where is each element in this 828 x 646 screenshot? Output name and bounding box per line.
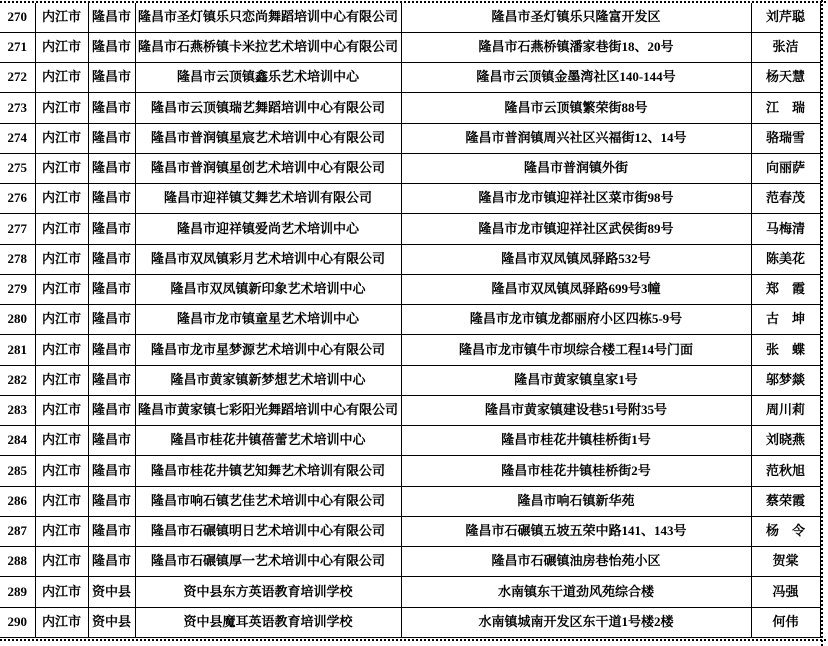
address-cell: 隆昌市石燕桥镇潘家巷街18、20号 — [401, 32, 751, 62]
contact-name-cell: 范春茂 — [751, 184, 820, 214]
contact-name-cell: 杨 令 — [751, 516, 820, 546]
institution-name-cell: 隆昌市双凤镇彩月艺术培训中心有限公司 — [135, 244, 401, 274]
row-number-cell: 272 — [0, 63, 35, 93]
county-cell: 资中县 — [88, 577, 135, 607]
county-cell: 隆昌市 — [88, 335, 135, 365]
contact-name-cell: 邬梦燚 — [751, 365, 820, 395]
institution-name-cell: 隆昌市桂花井镇蓓蕾艺术培训中心 — [135, 426, 401, 456]
contact-name-cell: 刘晓燕 — [751, 426, 820, 456]
row-number-cell: 273 — [0, 93, 35, 123]
row-number-cell: 285 — [0, 456, 35, 486]
row-number-cell: 286 — [0, 486, 35, 516]
city-cell: 内江市 — [35, 516, 88, 546]
city-cell: 内江市 — [35, 335, 88, 365]
contact-name-cell: 张洁 — [751, 32, 820, 62]
county-cell: 隆昌市 — [88, 123, 135, 153]
city-cell: 内江市 — [35, 486, 88, 516]
city-cell: 内江市 — [35, 577, 88, 607]
county-cell: 隆昌市 — [88, 426, 135, 456]
county-cell: 隆昌市 — [88, 214, 135, 244]
row-number-cell: 284 — [0, 426, 35, 456]
city-cell: 内江市 — [35, 184, 88, 214]
county-cell: 隆昌市 — [88, 547, 135, 577]
table-row: 285内江市隆昌市隆昌市桂花井镇艺知舞艺术培训有限公司隆昌市桂花井镇桂桥街2号范… — [0, 456, 820, 486]
county-cell: 隆昌市 — [88, 365, 135, 395]
table-body: 270内江市隆昌市隆昌市圣灯镇乐只恋尚舞蹈培训中心有限公司隆昌市圣灯镇乐只隆富开… — [0, 3, 820, 638]
contact-name-cell: 周川莉 — [751, 395, 820, 425]
institution-name-cell: 隆昌市响石镇艺佳艺术培训中心有限公司 — [135, 486, 401, 516]
row-number-cell: 280 — [0, 305, 35, 335]
institution-name-cell: 隆昌市黄家镇七彩阳光舞蹈培训中心有限公司 — [135, 395, 401, 425]
table-row: 270内江市隆昌市隆昌市圣灯镇乐只恋尚舞蹈培训中心有限公司隆昌市圣灯镇乐只隆富开… — [0, 3, 820, 32]
address-cell: 隆昌市普润镇周兴社区兴福街12、14号 — [401, 123, 751, 153]
address-cell: 隆昌市圣灯镇乐只隆富开发区 — [401, 3, 751, 32]
table-row: 287内江市隆昌市隆昌市石碾镇明日艺术培训中心有限公司隆昌市石碾镇五坡五荣中路1… — [0, 516, 820, 546]
city-cell: 内江市 — [35, 3, 88, 32]
row-number-cell: 282 — [0, 365, 35, 395]
table-row: 280内江市隆昌市隆昌市龙市镇童星艺术培训中心隆昌市龙市镇龙都丽府小区四栋5-9… — [0, 305, 820, 335]
page-break-dotted-bottom — [0, 639, 826, 641]
contact-name-cell: 向丽萨 — [751, 153, 820, 183]
contact-name-cell: 郑 霞 — [751, 274, 820, 304]
address-cell: 隆昌市云顶镇繁荣街88号 — [401, 93, 751, 123]
table-row: 290内江市资中县资中县魔耳英语教育培训学校水南镇城南开发区东干道1号楼2楼何伟 — [0, 607, 820, 637]
row-number-cell: 270 — [0, 3, 35, 32]
row-number-cell: 279 — [0, 274, 35, 304]
address-cell: 隆昌市石碾镇油房巷怡苑小区 — [401, 547, 751, 577]
city-cell: 内江市 — [35, 456, 88, 486]
row-number-cell: 290 — [0, 607, 35, 637]
city-cell: 内江市 — [35, 63, 88, 93]
institution-name-cell: 资中县东方英语教育培训学校 — [135, 577, 401, 607]
row-number-cell: 276 — [0, 184, 35, 214]
contact-name-cell: 骆瑞雪 — [751, 123, 820, 153]
institution-name-cell: 隆昌市迎祥镇爱尚艺术培训中心 — [135, 214, 401, 244]
county-cell: 隆昌市 — [88, 456, 135, 486]
table-row: 279内江市隆昌市隆昌市双凤镇新印象艺术培训中心隆昌市双凤镇凤驿路699号3幢郑… — [0, 274, 820, 304]
institution-name-cell: 隆昌市普润镇星宸艺术培训中心有限公司 — [135, 123, 401, 153]
city-cell: 内江市 — [35, 365, 88, 395]
row-number-cell: 287 — [0, 516, 35, 546]
address-cell: 隆昌市普润镇外街 — [401, 153, 751, 183]
city-cell: 内江市 — [35, 395, 88, 425]
contact-name-cell: 杨天慧 — [751, 63, 820, 93]
table-row: 272内江市隆昌市隆昌市云顶镇鑫乐艺术培训中心隆昌市云顶镇金墨湾社区140-14… — [0, 63, 820, 93]
city-cell: 内江市 — [35, 274, 88, 304]
row-number-cell: 281 — [0, 335, 35, 365]
county-cell: 隆昌市 — [88, 244, 135, 274]
county-cell: 隆昌市 — [88, 32, 135, 62]
contact-name-cell: 何伟 — [751, 607, 820, 637]
institution-name-cell: 隆昌市龙市星梦源艺术培训中心有限公司 — [135, 335, 401, 365]
table-row: 276内江市隆昌市隆昌市迎祥镇艾舞艺术培训有限公司隆昌市龙市镇迎祥社区菜市街98… — [0, 184, 820, 214]
county-cell: 隆昌市 — [88, 486, 135, 516]
institution-name-cell: 隆昌市黄家镇新梦想艺术培训中心 — [135, 365, 401, 395]
table-row: 277内江市隆昌市隆昌市迎祥镇爱尚艺术培训中心隆昌市龙市镇迎祥社区武侯街89号马… — [0, 214, 820, 244]
city-cell: 内江市 — [35, 93, 88, 123]
city-cell: 内江市 — [35, 607, 88, 637]
table-row: 288内江市隆昌市隆昌市石碾镇厚一艺术培训中心有限公司隆昌市石碾镇油房巷怡苑小区… — [0, 547, 820, 577]
county-cell: 隆昌市 — [88, 305, 135, 335]
institution-name-cell: 隆昌市圣灯镇乐只恋尚舞蹈培训中心有限公司 — [135, 3, 401, 32]
row-number-cell: 288 — [0, 547, 35, 577]
county-cell: 隆昌市 — [88, 63, 135, 93]
county-cell: 隆昌市 — [88, 516, 135, 546]
institution-name-cell: 隆昌市龙市镇童星艺术培训中心 — [135, 305, 401, 335]
county-cell: 隆昌市 — [88, 153, 135, 183]
address-cell: 隆昌市响石镇新华苑 — [401, 486, 751, 516]
institution-name-cell: 隆昌市石燕桥镇卡米拉艺术培训中心有限公司 — [135, 32, 401, 62]
table-row: 286内江市隆昌市隆昌市响石镇艺佳艺术培训中心有限公司隆昌市响石镇新华苑蔡荣霞 — [0, 486, 820, 516]
contact-name-cell: 范秋旭 — [751, 456, 820, 486]
table-row: 284内江市隆昌市隆昌市桂花井镇蓓蕾艺术培训中心隆昌市桂花井镇桂桥街1号刘晓燕 — [0, 426, 820, 456]
address-cell: 隆昌市龙市镇迎祥社区武侯街89号 — [401, 214, 751, 244]
address-cell: 隆昌市黄家镇皇家1号 — [401, 365, 751, 395]
city-cell: 内江市 — [35, 305, 88, 335]
training-institutions-table: 270内江市隆昌市隆昌市圣灯镇乐只恋尚舞蹈培训中心有限公司隆昌市圣灯镇乐只隆富开… — [0, 3, 821, 638]
address-cell: 隆昌市双凤镇凤驿路532号 — [401, 244, 751, 274]
contact-name-cell: 张 蝶 — [751, 335, 820, 365]
table-row: 283内江市隆昌市隆昌市黄家镇七彩阳光舞蹈培训中心有限公司隆昌市黄家镇建设巷51… — [0, 395, 820, 425]
contact-name-cell: 冯强 — [751, 577, 820, 607]
row-number-cell: 277 — [0, 214, 35, 244]
table-row: 275内江市隆昌市隆昌市普润镇星创艺术培训中心有限公司隆昌市普润镇外街向丽萨 — [0, 153, 820, 183]
page-break-dotted-right — [821, 0, 823, 646]
contact-name-cell: 马梅清 — [751, 214, 820, 244]
row-number-cell: 278 — [0, 244, 35, 274]
row-number-cell: 283 — [0, 395, 35, 425]
city-cell: 内江市 — [35, 214, 88, 244]
table-row: 273内江市隆昌市隆昌市云顶镇瑞艺舞蹈培训中心有限公司隆昌市云顶镇繁荣街88号江… — [0, 93, 820, 123]
contact-name-cell: 江 瑞 — [751, 93, 820, 123]
table-row: 278内江市隆昌市隆昌市双凤镇彩月艺术培训中心有限公司隆昌市双凤镇凤驿路532号… — [0, 244, 820, 274]
city-cell: 内江市 — [35, 123, 88, 153]
contact-name-cell: 刘芹聪 — [751, 3, 820, 32]
contact-name-cell: 贺棠 — [751, 547, 820, 577]
institution-name-cell: 隆昌市石碾镇厚一艺术培训中心有限公司 — [135, 547, 401, 577]
county-cell: 隆昌市 — [88, 93, 135, 123]
address-cell: 隆昌市龙市镇牛市坝综合楼工程14号门面 — [401, 335, 751, 365]
institution-name-cell: 资中县魔耳英语教育培训学校 — [135, 607, 401, 637]
city-cell: 内江市 — [35, 32, 88, 62]
row-number-cell: 289 — [0, 577, 35, 607]
address-cell: 隆昌市石碾镇五坡五荣中路141、143号 — [401, 516, 751, 546]
table-row: 282内江市隆昌市隆昌市黄家镇新梦想艺术培训中心隆昌市黄家镇皇家1号邬梦燚 — [0, 365, 820, 395]
address-cell: 隆昌市龙市镇迎祥社区菜市街98号 — [401, 184, 751, 214]
address-cell: 隆昌市双凤镇凤驿路699号3幢 — [401, 274, 751, 304]
row-number-cell: 271 — [0, 32, 35, 62]
address-cell: 水南镇城南开发区东干道1号楼2楼 — [401, 607, 751, 637]
city-cell: 内江市 — [35, 153, 88, 183]
county-cell: 隆昌市 — [88, 184, 135, 214]
table-row: 274内江市隆昌市隆昌市普润镇星宸艺术培训中心有限公司隆昌市普润镇周兴社区兴福街… — [0, 123, 820, 153]
table-row: 281内江市隆昌市隆昌市龙市星梦源艺术培训中心有限公司隆昌市龙市镇牛市坝综合楼工… — [0, 335, 820, 365]
row-number-cell: 274 — [0, 123, 35, 153]
institution-name-cell: 隆昌市普润镇星创艺术培训中心有限公司 — [135, 153, 401, 183]
institution-name-cell: 隆昌市石碾镇明日艺术培训中心有限公司 — [135, 516, 401, 546]
table-row: 289内江市资中县资中县东方英语教育培训学校水南镇东干道劲风苑综合楼冯强 — [0, 577, 820, 607]
address-cell: 隆昌市桂花井镇桂桥街1号 — [401, 426, 751, 456]
address-cell: 隆昌市黄家镇建设巷51号附35号 — [401, 395, 751, 425]
city-cell: 内江市 — [35, 244, 88, 274]
contact-name-cell: 古 坤 — [751, 305, 820, 335]
row-number-cell: 275 — [0, 153, 35, 183]
institution-name-cell: 隆昌市云顶镇瑞艺舞蹈培训中心有限公司 — [135, 93, 401, 123]
institution-name-cell: 隆昌市迎祥镇艾舞艺术培训有限公司 — [135, 184, 401, 214]
county-cell: 隆昌市 — [88, 274, 135, 304]
contact-name-cell: 蔡荣霞 — [751, 486, 820, 516]
address-cell: 水南镇东干道劲风苑综合楼 — [401, 577, 751, 607]
institution-name-cell: 隆昌市云顶镇鑫乐艺术培训中心 — [135, 63, 401, 93]
institution-name-cell: 隆昌市桂花井镇艺知舞艺术培训有限公司 — [135, 456, 401, 486]
county-cell: 隆昌市 — [88, 3, 135, 32]
address-cell: 隆昌市龙市镇龙都丽府小区四栋5-9号 — [401, 305, 751, 335]
city-cell: 内江市 — [35, 426, 88, 456]
city-cell: 内江市 — [35, 547, 88, 577]
document-page: 270内江市隆昌市隆昌市圣灯镇乐只恋尚舞蹈培训中心有限公司隆昌市圣灯镇乐只隆富开… — [0, 0, 828, 646]
institution-name-cell: 隆昌市双凤镇新印象艺术培训中心 — [135, 274, 401, 304]
county-cell: 隆昌市 — [88, 395, 135, 425]
table-row: 271内江市隆昌市隆昌市石燕桥镇卡米拉艺术培训中心有限公司隆昌市石燕桥镇潘家巷街… — [0, 32, 820, 62]
contact-name-cell: 陈美花 — [751, 244, 820, 274]
county-cell: 资中县 — [88, 607, 135, 637]
address-cell: 隆昌市桂花井镇桂桥街2号 — [401, 456, 751, 486]
address-cell: 隆昌市云顶镇金墨湾社区140-144号 — [401, 63, 751, 93]
